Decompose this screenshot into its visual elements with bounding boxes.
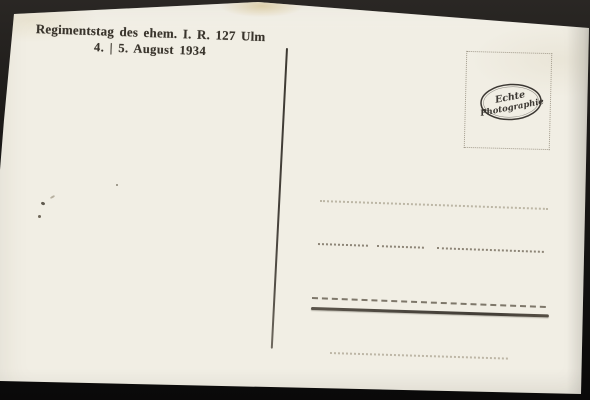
- postcard-caption: Regimentstag des ehem. I. R. 127 Ulm 4. …: [32, 21, 269, 61]
- ink-speck: [38, 215, 41, 218]
- address-line-3-underline: [311, 307, 549, 317]
- photographer-logo-oval: Echte Photographie: [478, 80, 544, 124]
- postcard-back: Regimentstag des ehem. I. R. 127 Ulm 4. …: [0, 0, 590, 400]
- divider-line: [271, 48, 288, 349]
- address-line-3-dashed: [312, 297, 546, 308]
- address-line-4: [330, 352, 508, 360]
- address-line-1: [320, 200, 548, 210]
- address-line-2: [318, 243, 544, 253]
- ink-speck: [41, 201, 46, 205]
- scanner-background: Regimentstag des ehem. I. R. 127 Ulm 4. …: [0, 0, 590, 400]
- ink-speck: [116, 184, 118, 186]
- address-line-2-segment: [377, 245, 424, 249]
- address-line-2-segment: [437, 247, 544, 253]
- ink-speck: [50, 195, 55, 199]
- address-line-2-segment: [318, 243, 368, 247]
